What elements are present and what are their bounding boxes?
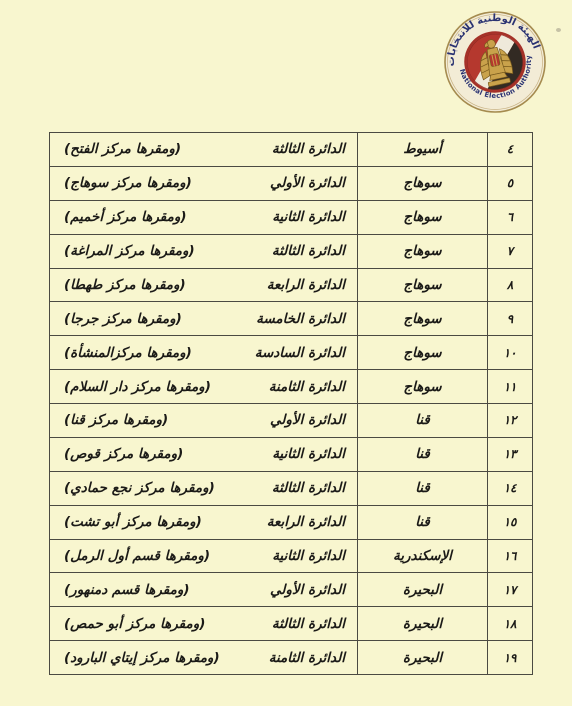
table-row: ١٩ البحيرة الدائرة الثامنة (ومقرها مركز … (50, 640, 532, 674)
document-page: الهيئة الوطنية للانتخابات (0, 0, 572, 706)
district-seat: (ومقرها مركز أبو تشت) (64, 514, 202, 530)
district-cell: الدائرة الثامنة (ومقرها مركز دار السلام) (50, 370, 357, 403)
row-number-cell: ١٩ (487, 641, 532, 674)
row-number: ٥ (507, 176, 513, 190)
governorate-name: قنا (415, 514, 430, 530)
row-number: ١٧ (504, 583, 517, 597)
row-number: ١٤ (504, 481, 517, 495)
nea-seal-logo: الهيئة الوطنية للانتخابات (443, 10, 547, 114)
district-name: الدائرة السادسة (255, 345, 345, 361)
district-seat: (ومقرها مركز المراغة) (64, 243, 195, 259)
table-row: ٤ أسيوط الدائرة الثالثة (ومقرها مركز الف… (50, 133, 532, 166)
district-seat: (ومقرها مركزالمنشأة) (64, 345, 192, 361)
district-name: الدائرة الثالثة (272, 141, 345, 157)
governorate-cell: أسيوط (357, 133, 487, 166)
district-cell: الدائرة الثانية (ومقرها مركز أخميم) (50, 201, 357, 234)
nea-seal-svg: الهيئة الوطنية للانتخابات (443, 10, 547, 114)
governorate-cell: الإسكندرية (357, 540, 487, 573)
district-name: الدائرة الثانية (272, 446, 345, 462)
governorate-cell: البحيرة (357, 641, 487, 674)
governorate-cell: البحيرة (357, 607, 487, 640)
governorate-cell: سوهاج (357, 201, 487, 234)
row-number-cell: ١١ (487, 370, 532, 403)
row-number-cell: ٤ (487, 133, 532, 166)
district-cell: الدائرة الثانية (ومقرها مركز قوص) (50, 438, 357, 471)
row-number-cell: ١٠ (487, 336, 532, 369)
table-row: ٨ سوهاج الدائرة الرابعة (ومقرها مركز طهط… (50, 268, 532, 302)
district-cell: الدائرة الأولي (ومقرها قسم دمنهور) (50, 573, 357, 606)
governorate-name: قنا (415, 480, 430, 496)
district-seat: (ومقرها مركز الفتح) (64, 141, 181, 157)
row-number-cell: ٩ (487, 302, 532, 335)
row-number: ١٩ (504, 651, 517, 665)
row-number: ٦ (507, 210, 513, 224)
governorate-name: سوهاج (403, 345, 441, 361)
row-number-cell: ٥ (487, 167, 532, 200)
district-seat: (ومقرها مركز قنا) (64, 412, 168, 428)
district-name: الدائرة الرابعة (267, 514, 345, 530)
table-row: ٩ سوهاج الدائرة الخامسة (ومقرها مركز جرج… (50, 301, 532, 335)
table-row: ١١ سوهاج الدائرة الثامنة (ومقرها مركز دا… (50, 369, 532, 403)
row-number: ١١ (504, 380, 517, 394)
table-row: ١٥ قنا الدائرة الرابعة (ومقرها مركز أبو … (50, 505, 532, 539)
row-number: ١٨ (504, 617, 517, 631)
governorate-cell: سوهاج (357, 167, 487, 200)
district-seat: (ومقرها مركز قوص) (64, 446, 183, 462)
district-cell: الدائرة الثالثة (ومقرها مركز الفتح) (50, 133, 357, 166)
governorate-name: سوهاج (403, 175, 441, 191)
district-cell: الدائرة السادسة (ومقرها مركزالمنشأة) (50, 336, 357, 369)
governorate-name: البحيرة (403, 616, 442, 632)
district-name: الدائرة الثالثة (272, 243, 345, 259)
governorate-cell: سوهاج (357, 370, 487, 403)
row-number-cell: ١٥ (487, 506, 532, 539)
governorate-name: سوهاج (403, 243, 441, 259)
governorate-name: الإسكندرية (393, 548, 452, 564)
row-number-cell: ١٧ (487, 573, 532, 606)
districts-table: ٤ أسيوط الدائرة الثالثة (ومقرها مركز الف… (49, 132, 533, 675)
table-row: ٦ سوهاج الدائرة الثانية (ومقرها مركز أخم… (50, 200, 532, 234)
row-number: ٧ (507, 244, 513, 258)
governorate-cell: قنا (357, 472, 487, 505)
governorate-cell: سوهاج (357, 269, 487, 302)
district-name: الدائرة الثانية (272, 209, 345, 225)
district-name: الدائرة الأولي (270, 582, 345, 598)
governorate-name: قنا (415, 412, 430, 428)
row-number-cell: ٦ (487, 201, 532, 234)
table-row: ١٦ الإسكندرية الدائرة الثانية (ومقرها قس… (50, 539, 532, 573)
district-name: الدائرة الثانية (272, 548, 345, 564)
district-seat: (ومقرها مركز نجع حمادي) (64, 480, 215, 496)
row-number-cell: ١٤ (487, 472, 532, 505)
row-number-cell: ١٦ (487, 540, 532, 573)
district-name: الدائرة الخامسة (256, 311, 345, 327)
governorate-name: سوهاج (403, 379, 441, 395)
row-number-cell: ١٣ (487, 438, 532, 471)
governorate-cell: البحيرة (357, 573, 487, 606)
district-name: الدائرة الثالثة (272, 616, 345, 632)
district-cell: الدائرة الثالثة (ومقرها مركز نجع حمادي) (50, 472, 357, 505)
governorate-cell: قنا (357, 404, 487, 437)
row-number: ١٣ (504, 447, 517, 461)
row-number-cell: ٨ (487, 269, 532, 302)
row-number: ٨ (507, 278, 513, 292)
table-row: ٧ سوهاج الدائرة الثالثة (ومقرها مركز الم… (50, 234, 532, 268)
row-number-cell: ٧ (487, 235, 532, 268)
governorate-cell: قنا (357, 438, 487, 471)
table-row: ١٣ قنا الدائرة الثانية (ومقرها مركز قوص) (50, 437, 532, 471)
district-seat: (ومقرها مركز جرجا) (64, 311, 182, 327)
row-number-cell: ١٨ (487, 607, 532, 640)
table-row: ١٧ البحيرة الدائرة الأولي (ومقرها قسم دم… (50, 572, 532, 606)
governorate-name: سوهاج (403, 277, 441, 293)
governorate-name: سوهاج (403, 209, 441, 225)
table-row: ١٢ قنا الدائرة الأولي (ومقرها مركز قنا) (50, 403, 532, 437)
district-cell: الدائرة الثالثة (ومقرها مركز المراغة) (50, 235, 357, 268)
table-row: ١٠ سوهاج الدائرة السادسة (ومقرها مركزالم… (50, 335, 532, 369)
row-number: ٤ (507, 142, 513, 156)
district-cell: الدائرة الأولي (ومقرها مركز سوهاج) (50, 167, 357, 200)
district-name: الدائرة الرابعة (267, 277, 345, 293)
governorate-name: قنا (415, 446, 430, 462)
district-name: الدائرة الأولي (270, 175, 345, 191)
district-cell: الدائرة الثالثة (ومقرها مركز أبو حمص) (50, 607, 357, 640)
governorate-name: البحيرة (403, 582, 442, 598)
governorate-name: سوهاج (403, 311, 441, 327)
district-cell: الدائرة الرابعة (ومقرها مركز أبو تشت) (50, 506, 357, 539)
district-seat: (ومقرها قسم دمنهور) (64, 582, 190, 598)
district-seat: (ومقرها قسم أول الرمل) (64, 548, 210, 564)
governorate-cell: سوهاج (357, 235, 487, 268)
table-row: ٥ سوهاج الدائرة الأولي (ومقرها مركز سوها… (50, 166, 532, 200)
table-row: ١٤ قنا الدائرة الثالثة (ومقرها مركز نجع … (50, 471, 532, 505)
district-seat: (ومقرها مركز سوهاج) (64, 175, 192, 191)
district-seat: (ومقرها مركز أبو حمص) (64, 616, 205, 632)
district-name: الدائرة الثامنة (269, 650, 345, 666)
table-row: ١٨ البحيرة الدائرة الثالثة (ومقرها مركز … (50, 606, 532, 640)
district-cell: الدائرة الخامسة (ومقرها مركز جرجا) (50, 302, 357, 335)
district-name: الدائرة الأولي (270, 412, 345, 428)
district-seat: (ومقرها مركز إيتاي البارود) (64, 650, 220, 666)
row-number: ١٦ (504, 549, 517, 563)
governorate-cell: سوهاج (357, 302, 487, 335)
row-number: ١٥ (504, 515, 517, 529)
district-cell: الدائرة الثانية (ومقرها قسم أول الرمل) (50, 540, 357, 573)
district-cell: الدائرة الأولي (ومقرها مركز قنا) (50, 404, 357, 437)
district-name: الدائرة الثامنة (269, 379, 345, 395)
governorate-cell: سوهاج (357, 336, 487, 369)
district-name: الدائرة الثالثة (272, 480, 345, 496)
district-cell: الدائرة الرابعة (ومقرها مركز طهطا) (50, 269, 357, 302)
scan-speck (556, 28, 561, 32)
row-number: ١٠ (504, 346, 517, 360)
row-number: ٩ (507, 312, 513, 326)
row-number: ١٢ (504, 413, 517, 427)
governorate-name: أسيوط (403, 141, 442, 157)
district-cell: الدائرة الثامنة (ومقرها مركز إيتاي البار… (50, 641, 357, 674)
governorate-name: البحيرة (403, 650, 442, 666)
row-number-cell: ١٢ (487, 404, 532, 437)
district-seat: (ومقرها مركز طهطا) (64, 277, 186, 293)
governorate-cell: قنا (357, 506, 487, 539)
district-seat: (ومقرها مركز دار السلام) (64, 379, 211, 395)
district-seat: (ومقرها مركز أخميم) (64, 209, 187, 225)
